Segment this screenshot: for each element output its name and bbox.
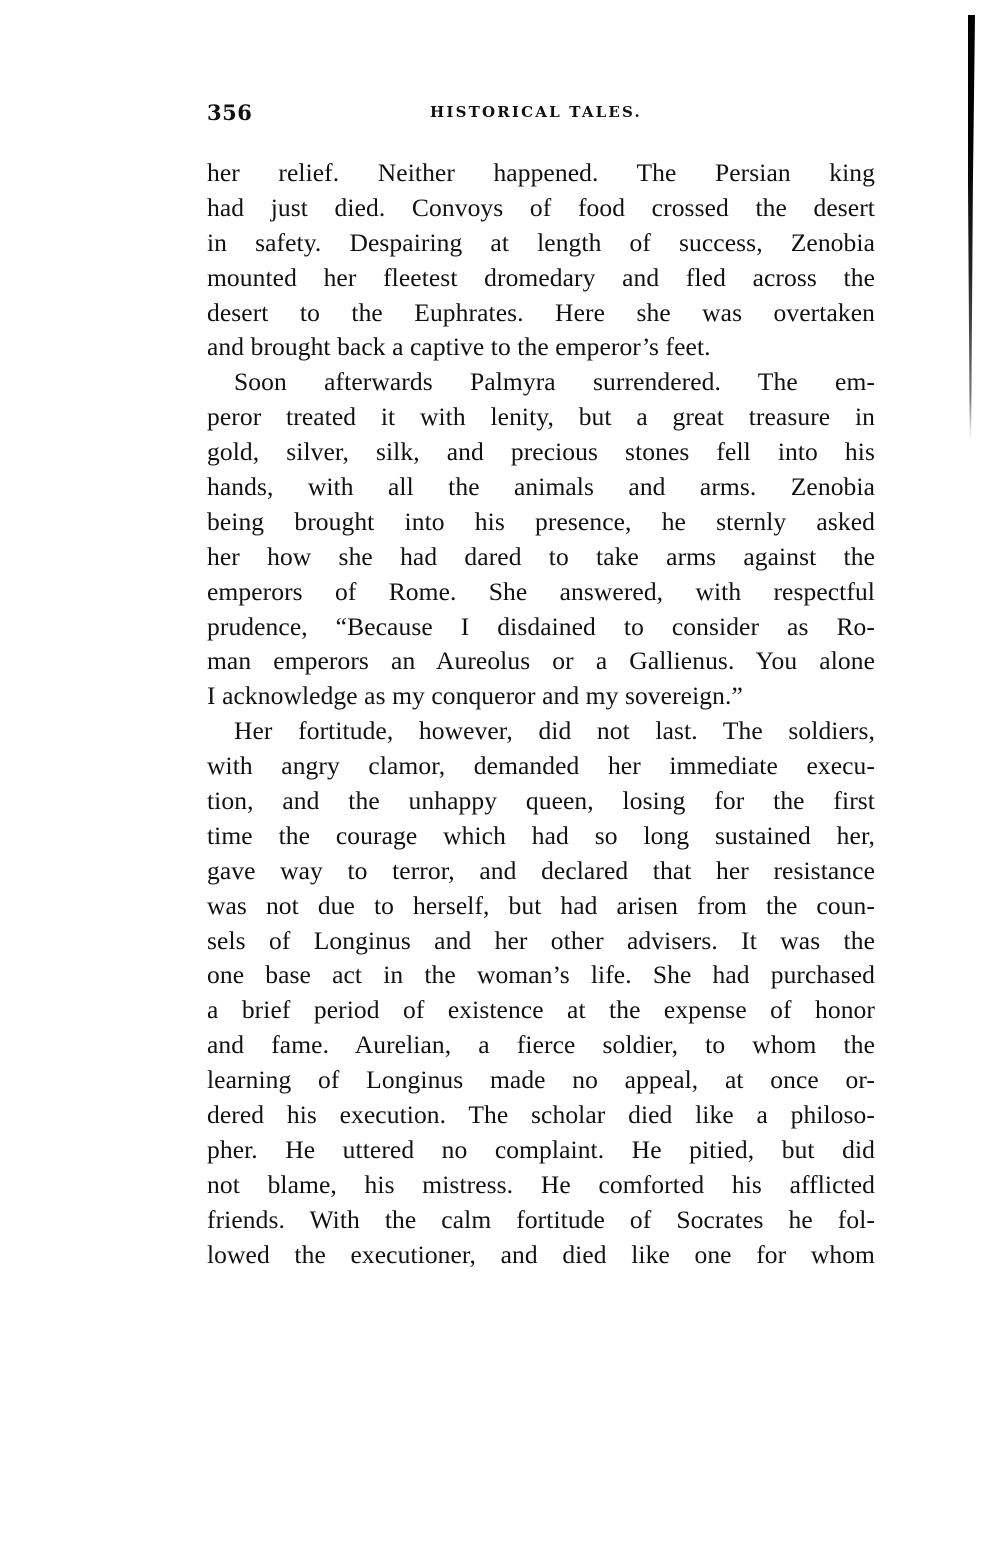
text-line: a brief period of existence at the expen…: [207, 993, 875, 1028]
page-number: 356: [207, 100, 252, 125]
paragraph: Her fortitude, however, did not last. Th…: [207, 714, 875, 1272]
text-line: with angry clamor, demanded her immediat…: [207, 749, 875, 784]
text-line: being brought into his presence, he ster…: [207, 505, 875, 540]
text-line: and brought back a captive to the empero…: [207, 330, 875, 365]
text-line: gave way to terror, and declared that he…: [207, 854, 875, 889]
paragraph: Soon afterwards Palmyra surrendered. The…: [207, 365, 875, 714]
text-line: hands, with all the animals and arms. Ze…: [207, 470, 875, 505]
text-line: friends. With the calm fortitude of Socr…: [207, 1203, 875, 1238]
text-line: gold, silver, silk, and precious stones …: [207, 435, 875, 470]
text-line: man emperors an Aureolus or a Gallienus.…: [207, 644, 875, 679]
text-line: not blame, his mistress. He comforted hi…: [207, 1168, 875, 1203]
text-line: emperors of Rome. She answered, with res…: [207, 575, 875, 610]
text-line: her how she had dared to take arms again…: [207, 540, 875, 575]
text-line: had just died. Convoys of food crossed t…: [207, 191, 875, 226]
text-line: and fame. Aurelian, a fierce soldier, to…: [207, 1028, 875, 1063]
text-line: in safety. Despairing at length of succe…: [207, 226, 875, 261]
text-line: desert to the Euphrates. Here she was ov…: [207, 296, 875, 331]
text-line: Her fortitude, however, did not last. Th…: [207, 714, 875, 749]
text-line: sels of Longinus and her other advisers.…: [207, 924, 875, 959]
text-line: lowed the executioner, and died like one…: [207, 1238, 875, 1273]
text-line: her relief. Neither happened. The Persia…: [207, 156, 875, 191]
text-line: prudence, “Because I disdained to consid…: [207, 610, 875, 645]
text-line: one base act in the woman’s life. She ha…: [207, 958, 875, 993]
text-line: I acknowledge as my conqueror and my sov…: [207, 679, 875, 714]
text-line: was not due to herself, but had arisen f…: [207, 889, 875, 924]
text-line: tion, and the unhappy queen, losing for …: [207, 784, 875, 819]
text-line: learning of Longinus made no appeal, at …: [207, 1063, 875, 1098]
text-line: peror treated it with lenity, but a grea…: [207, 400, 875, 435]
text-line: pher. He uttered no complaint. He pitied…: [207, 1133, 875, 1168]
paragraph: her relief. Neither happened. The Persia…: [207, 156, 875, 365]
text-line: Soon afterwards Palmyra surrendered. The…: [207, 365, 875, 400]
text-line: mounted her fleetest dromedary and fled …: [207, 261, 875, 296]
page-edge-shadow: [968, 15, 975, 440]
running-head: 356 HISTORICAL TALES.: [207, 100, 875, 128]
body-text: her relief. Neither happened. The Persia…: [207, 156, 875, 1273]
book-page: 356 HISTORICAL TALES. her relief. Neithe…: [0, 0, 1000, 1541]
text-line: time the courage which had so long susta…: [207, 819, 875, 854]
text-line: dered his execution. The scholar died li…: [207, 1098, 875, 1133]
running-title: HISTORICAL TALES.: [430, 103, 642, 121]
